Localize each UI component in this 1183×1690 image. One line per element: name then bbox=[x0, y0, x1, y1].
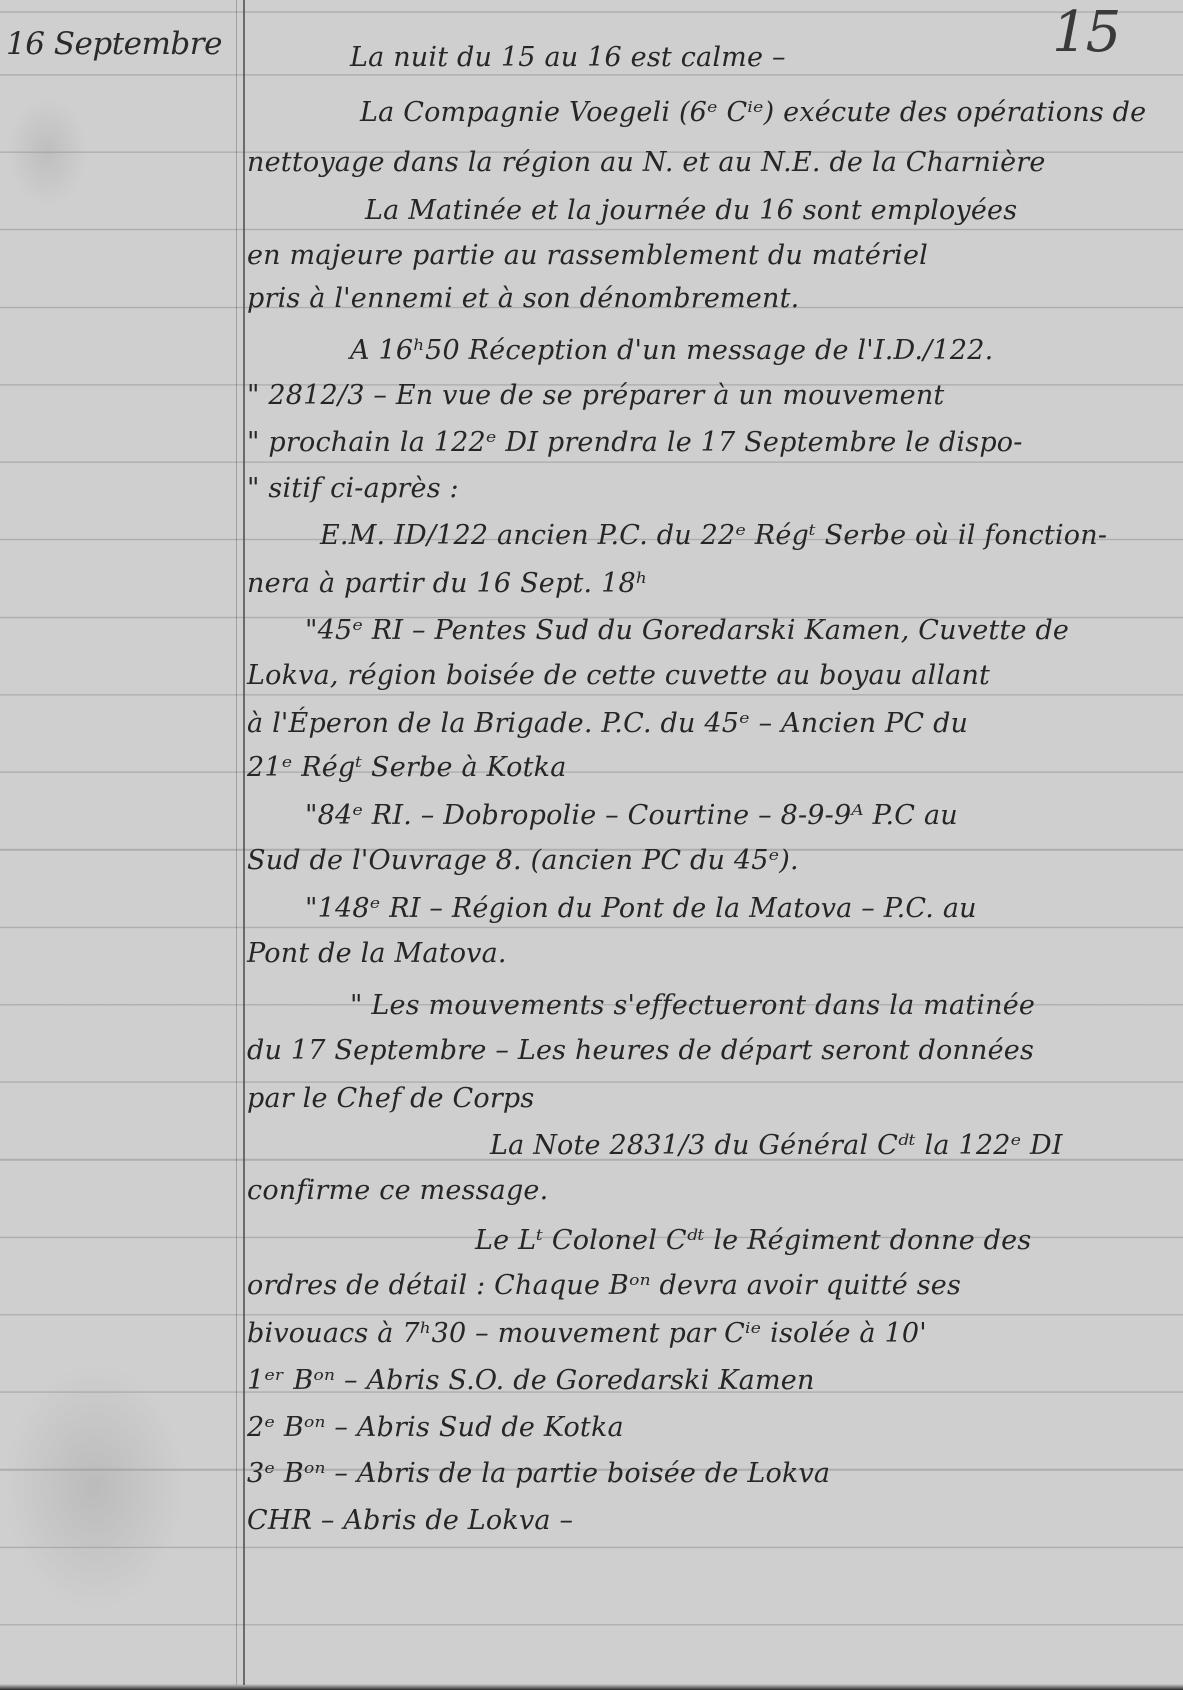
entry-line: " Les mouvements s'effectueront dans la … bbox=[350, 990, 1035, 1021]
entry-line: "84ᵉ RI. – Dobropolie – Courtine – 8-9-9… bbox=[305, 800, 958, 831]
entry-line: " sitif ci-après : bbox=[247, 473, 459, 504]
entry-line: à l'Éperon de la Brigade. P.C. du 45ᵉ – … bbox=[247, 708, 968, 739]
entry-line: ordres de détail : Chaque Bᵒⁿ devra avoi… bbox=[247, 1270, 961, 1301]
entry-line: en majeure partie au rassemblement du ma… bbox=[247, 240, 928, 271]
margin-rule-faint bbox=[236, 0, 237, 1685]
entry-line: 3ᵉ Bᵒⁿ – Abris de la partie boisée de Lo… bbox=[247, 1458, 830, 1489]
entry-line: Lokva, région boisée de cette cuvette au… bbox=[247, 660, 990, 691]
entry-line: du 17 Septembre – Les heures de départ s… bbox=[247, 1035, 1034, 1066]
entry-line: "45ᵉ RI – Pentes Sud du Goredarski Kamen… bbox=[305, 615, 1069, 646]
page-number: 15 bbox=[1052, 0, 1119, 65]
entry-line: "148ᵉ RI – Région du Pont de la Matova –… bbox=[305, 893, 977, 924]
entry-line: bivouacs à 7ʰ30 – mouvement par Cⁱᵉ isol… bbox=[247, 1318, 927, 1349]
entry-line: E.M. ID/122 ancien P.C. du 22ᵉ Régᵗ Serb… bbox=[320, 520, 1107, 551]
entry-line: pris à l'ennemi et à son dénombrement. bbox=[247, 283, 799, 314]
entry-line: 1ᵉʳ Bᵒⁿ – Abris S.O. de Goredarski Kamen bbox=[247, 1365, 815, 1396]
page-bottom-edge bbox=[0, 1684, 1183, 1690]
entry-line: Sud de l'Ouvrage 8. (ancien PC du 45ᵉ). bbox=[247, 845, 799, 876]
entry-line: nera à partir du 16 Sept. 18ʰ bbox=[247, 568, 648, 599]
entry-line: Le Lᵗ Colonel Cᵈᵗ le Régiment donne des bbox=[475, 1225, 1031, 1256]
entry-line: " 2812/3 – En vue de se préparer à un mo… bbox=[247, 380, 944, 411]
entry-line: A 16ʰ50 Réception d'un message de l'I.D.… bbox=[350, 335, 993, 366]
entry-line: La Matinée et la journée du 16 sont empl… bbox=[365, 195, 1017, 226]
entry-line: La Note 2831/3 du Général Cᵈᵗ la 122ᵉ DI bbox=[490, 1130, 1063, 1161]
handwritten-journal-page: 15 16 Septembre La nuit du 15 au 16 est … bbox=[0, 0, 1183, 1690]
entry-line: 2ᵉ Bᵒⁿ – Abris Sud de Kotka bbox=[247, 1412, 624, 1443]
entry-line: Pont de la Matova. bbox=[247, 938, 507, 969]
entry-line: nettoyage dans la région au N. et au N.E… bbox=[247, 147, 1046, 178]
entry-line: 21ᵉ Régᵗ Serbe à Kotka bbox=[247, 752, 567, 783]
entry-line: confirme ce message. bbox=[247, 1175, 548, 1206]
entry-line: " prochain la 122ᵉ DI prendra le 17 Sept… bbox=[247, 427, 1023, 458]
margin-date: 16 Septembre bbox=[6, 26, 222, 62]
entry-line: par le Chef de Corps bbox=[247, 1083, 534, 1114]
entry-line: CHR – Abris de Lokva – bbox=[247, 1505, 573, 1536]
margin-rule bbox=[243, 0, 245, 1685]
entry-line: La nuit du 15 au 16 est calme – bbox=[350, 42, 786, 73]
entry-line: La Compagnie Voegeli (6ᵉ Cⁱᵉ) exécute de… bbox=[360, 97, 1146, 128]
